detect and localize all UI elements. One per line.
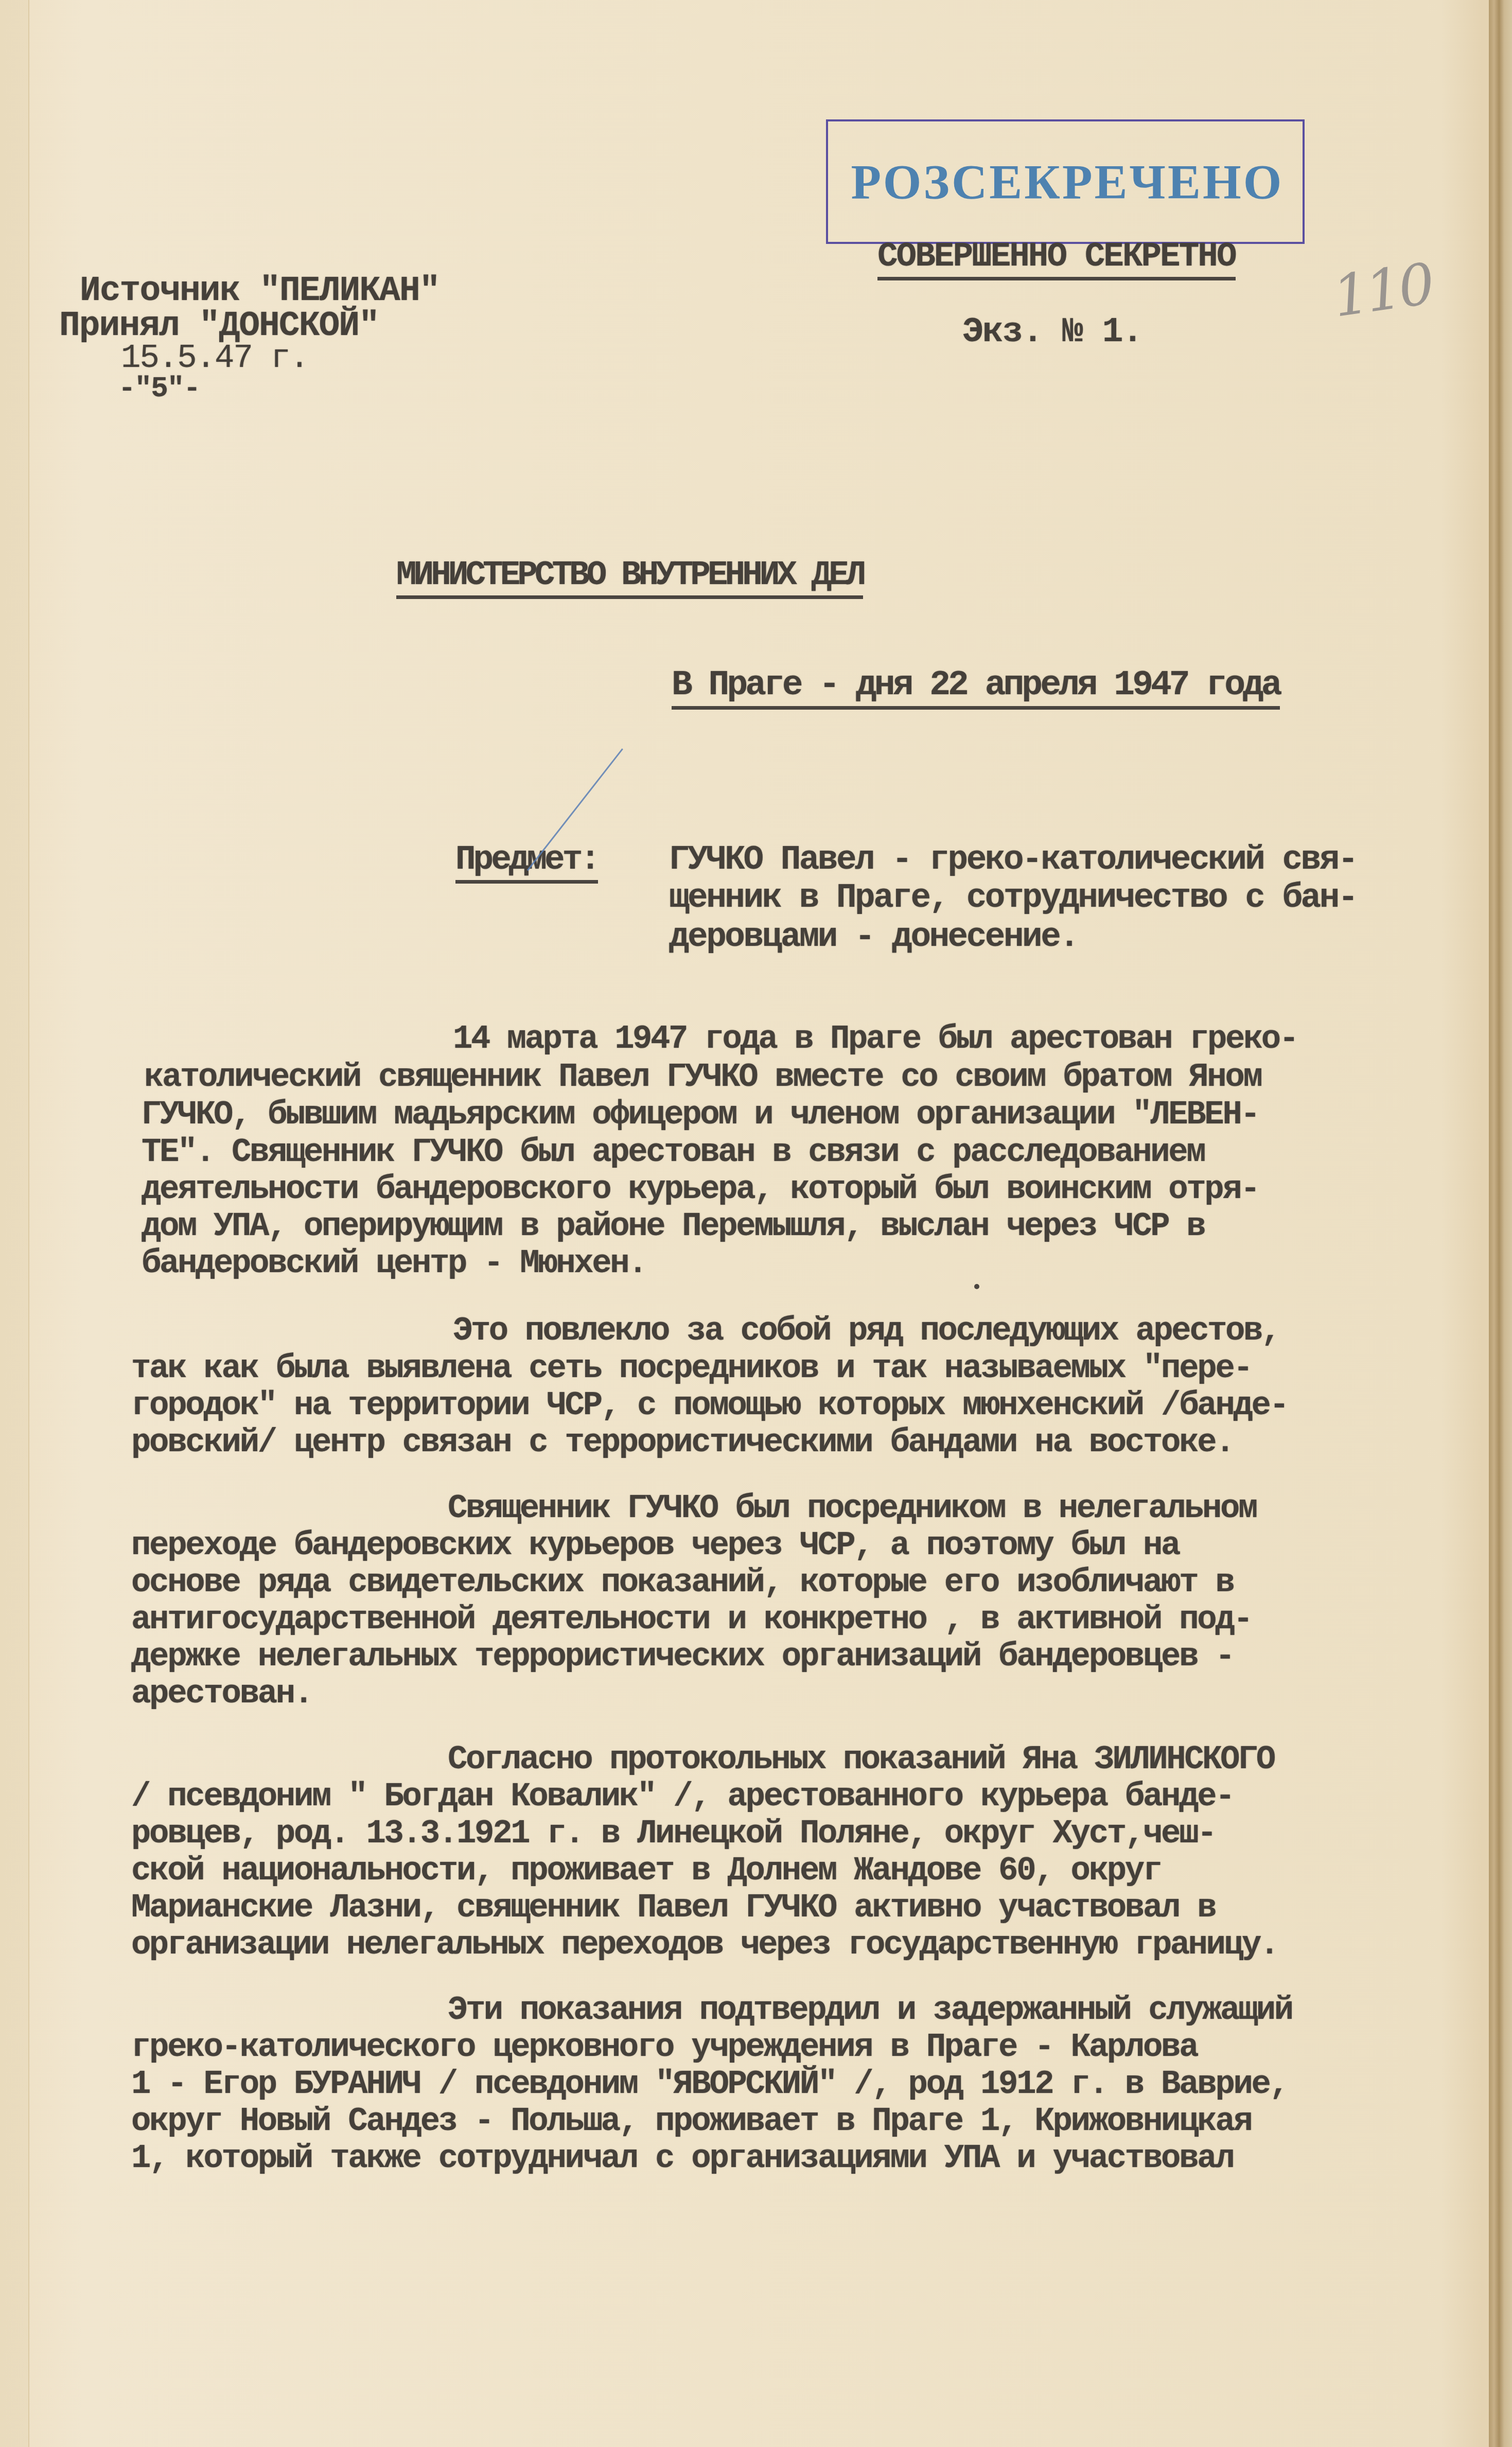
received-date: 15.5.47 г. [121,342,308,375]
paragraph-line: дом УПА, оперирующим в районе Перемышля,… [142,1210,1204,1243]
paragraph-line: Согласно протокольных показаний Яна ЗИЛИ… [448,1744,1274,1776]
subject-line: ГУЧКО Павел - греко-католический свя- [669,843,1357,877]
paragraph-line: держке нелегальных террористических орга… [131,1641,1233,1674]
ministry-title: МИНИСТЕРСТВО ВНУТРЕННИХ ДЕЛ [396,558,863,599]
paragraph-line: 14 марта 1947 года в Праге был арестован… [453,1023,1297,1056]
paragraph-line: 1, который также сотрудничал с организац… [131,2142,1233,2175]
paragraph-line: организации нелегальных переходов через … [131,1929,1278,1962]
subject-label: Предмет: [455,843,598,884]
paragraph-line: городок" на территории ЧСР, с помощью ко… [131,1389,1288,1422]
paragraph-line: антигосударственной деятельности и конкр… [131,1604,1252,1636]
place-date-line: В Праге - дня 22 апреля 1947 года [672,668,1280,710]
paragraph-line: основе ряда свидетельских показаний, кот… [131,1566,1233,1599]
paragraph-line: ровский/ центр связан с террористическим… [131,1427,1233,1459]
paragraph-line: католический священник Павел ГУЧКО вмест… [144,1061,1261,1094]
declassified-stamp-text: РОЗСЕКРЕЧЕНО [849,157,1286,207]
paragraph-line: ТЕ". Священник ГУЧКО был арестован в свя… [142,1136,1204,1169]
paragraph-line: Марианские Лазни, священник Павел ГУЧКО … [131,1892,1215,1925]
handwritten-page-number: 110 [1329,251,1436,329]
subject-line: деровцами - донесение. [669,920,1078,954]
document-page: РОЗСЕКРЕЧЕНО СОВЕРШЕННО СЕКРЕТНО Экз. № … [0,0,1512,2447]
paragraph-line: округ Новый Сандез - Польша, проживает в… [131,2105,1252,2138]
paragraph-line: 1 - Егор БУРАНИЧ / псевдоним "ЯВОРСКИЙ" … [131,2068,1288,2101]
paragraph-line: переходе бандеровских курьеров через ЧСР… [131,1529,1179,1562]
paragraph-line: ГУЧКО, бывшим мадьярским офицером и член… [142,1099,1258,1132]
subject-line: щенник в Праге, сотрудничество с бан- [669,881,1357,915]
paragraph-line: греко-католического церковного учреждени… [131,2031,1197,2064]
paragraph-line: Это повлекло за собой ряд последующих ар… [453,1315,1279,1348]
paragraph-line: деятельности бандеровского курьера, кото… [142,1173,1258,1206]
paragraph-line: бандеровский центр - Мюнхен. [142,1247,646,1280]
ink-dot [974,1284,979,1289]
paragraph-line: ровцев, род. 13.3.1921 г. в Линецкой Пол… [131,1818,1215,1851]
page-mark: -"5"- [118,374,200,403]
paragraph-line: / псевдоним " Богдан Ковалик" /, арестов… [131,1781,1233,1814]
page-binding-shadow [0,0,29,2447]
classification-label: СОВЕРШЕННО СЕКРЕТНО [877,240,1236,280]
source-line: Источник "ПЕЛИКАН" [80,274,439,309]
copy-number: Экз. № 1. [962,315,1142,350]
received-by-line: Принял "ДОНСКОЙ" [59,309,379,344]
declassified-stamp: РОЗСЕКРЕЧЕНО [826,119,1305,244]
paragraph-line: арестован. [131,1678,312,1711]
page-edge [1489,0,1512,2447]
paragraph-line: ской национальности, проживает в Долнем … [131,1855,1161,1888]
paragraph-line: так как была выявлена сеть посредников и… [131,1352,1252,1385]
paragraph-line: Священник ГУЧКО был посредником в нелега… [448,1492,1256,1525]
paragraph-line: Эти показания подтвердил и задержанный с… [448,1994,1292,2027]
